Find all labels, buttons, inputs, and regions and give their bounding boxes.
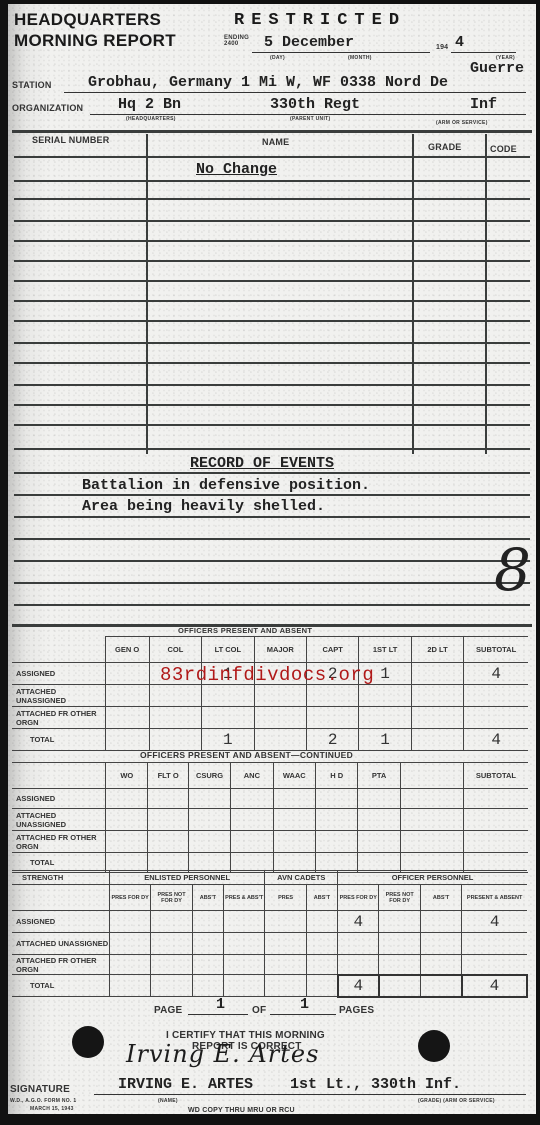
cell (192, 911, 223, 933)
table-row: ATTACHED UNASSIGNED (12, 933, 527, 955)
group-officer-personnel: OFFICER PERSONNEL (338, 871, 527, 885)
col-lt-col: LT COL (202, 637, 254, 663)
row-label: TOTAL (12, 729, 105, 751)
cell (306, 975, 337, 997)
strength-table: STRENGTH ENLISTED PERSONNEL AVN CADETS O… (12, 870, 528, 998)
ending-label: ENDING 2400 (224, 35, 250, 47)
col-header: PRES FOR DY (338, 885, 379, 911)
cell (151, 975, 192, 997)
cell (411, 729, 463, 751)
cell: 2 (306, 729, 358, 751)
roster-divider (412, 134, 414, 454)
strength-title: STRENGTH (12, 871, 109, 885)
organization-label: ORGANIZATION (12, 103, 83, 113)
date-value: 5 December (264, 34, 354, 51)
rule (14, 198, 530, 200)
org-headquarters: Hq 2 Bn (118, 96, 181, 113)
cell (379, 911, 420, 933)
rule (14, 320, 530, 322)
cell: 4 (464, 729, 528, 751)
rule (14, 362, 530, 364)
row-label: ATTACHED UNASSIGNED (12, 685, 105, 707)
col-gen-o: GEN O (105, 637, 149, 663)
col-name: NAME (262, 137, 289, 147)
row-label: ATTACHED FR OTHER ORGN (12, 955, 109, 975)
form-title-line2: MORNING REPORT (14, 31, 176, 50)
year-value: 4 (455, 34, 464, 51)
rule (14, 538, 530, 540)
organization-field: Hq 2 Bn 330th Regt Inf (90, 96, 526, 115)
name-caption: (NAME) (158, 1098, 178, 1104)
record-of-events-heading: RECORD OF EVENTS (190, 455, 334, 472)
watermark: 83rdinfdivdocs.org (160, 664, 374, 686)
col-header: PRES NOT FOR DY (379, 885, 420, 911)
rule (14, 404, 530, 406)
row-label: ASSIGNED (12, 911, 109, 933)
cell: 4 (464, 663, 528, 685)
margin-mark: 8 (494, 540, 531, 600)
rule (14, 240, 530, 242)
signature-line: IRVING E. ARTES 1st Lt., 330th Inf. (94, 1074, 526, 1095)
col-grade: GRADE (428, 142, 462, 152)
col-subtotal: SUBTOTAL (464, 637, 528, 663)
col-header: PRES (265, 885, 306, 911)
rule (14, 472, 530, 474)
cell (254, 729, 306, 751)
cell (109, 911, 150, 933)
page-count: 1 (300, 996, 309, 1013)
morning-report-form: HEADQUARTERS MORNING REPORT RESTRICTED E… (8, 4, 536, 1114)
pages-label: PAGES (339, 1005, 374, 1016)
cell: 4 (338, 975, 379, 997)
punch-hole-left (72, 1026, 104, 1058)
col-blank (400, 763, 463, 789)
signer-grade: 1st Lt., 330th Inf. (290, 1076, 461, 1093)
row-label: ASSIGNED (12, 789, 106, 809)
roster-divider (146, 134, 148, 454)
punch-hole-right (418, 1030, 450, 1062)
roster-divider (485, 134, 487, 454)
col-header: PRES & ABS'T (224, 885, 265, 911)
officers-continued-table: WO FLT O CSURG ANC WAAC H D PTA SUBTOTAL… (12, 762, 528, 873)
cell: 4 (462, 911, 527, 933)
cell: 1 (202, 729, 254, 751)
rule (14, 156, 530, 158)
cell (105, 729, 149, 751)
rule (14, 494, 530, 496)
col-csurg: CSURG (188, 763, 230, 789)
parent-unit-caption: (PARENT UNIT) (290, 116, 330, 122)
officers-table: GEN O COL LT COL MAJOR CAPT 1ST LT 2D LT… (12, 636, 528, 751)
date-field: 5 December (252, 34, 430, 53)
year-field: 4 (451, 34, 516, 53)
routing-note: WD COPY THRU MRU OR RCU (188, 1107, 295, 1114)
event-line-2: Area being heavily shelled. (82, 498, 325, 515)
cell (105, 663, 149, 685)
rule (14, 342, 530, 344)
officers-table-title: OFFICERS PRESENT AND ABSENT (178, 626, 312, 635)
page-label: PAGE (154, 1005, 182, 1016)
col-code: CODE (490, 144, 517, 154)
table-row: ATTACHED FR OTHER ORGN (12, 831, 528, 853)
col-header: PRESENT & ABSENT (462, 885, 527, 911)
divider (12, 130, 532, 133)
rule (14, 260, 530, 262)
org-arm: Inf (470, 96, 497, 113)
rule (14, 280, 530, 282)
grade-caption: (GRADE) (ARM OR SERVICE) (418, 1098, 495, 1104)
officers-continued-title: OFFICERS PRESENT AND ABSENT—CONTINUED (140, 750, 353, 760)
cell (265, 975, 306, 997)
row-label: ATTACHED FR OTHER ORGN (12, 831, 106, 853)
rule (14, 560, 530, 562)
page-count-field: 1 (270, 998, 336, 1015)
col-header: ABS'T (192, 885, 223, 911)
col-major: MAJOR (254, 637, 306, 663)
rule (14, 384, 530, 386)
col-subtotal: SUBTOTAL (463, 763, 528, 789)
table-row: ATTACHED UNASSIGNED (12, 809, 528, 831)
cell (411, 663, 463, 685)
form-title-line1: HEADQUARTERS (14, 10, 161, 29)
month-caption: (MONTH) (348, 55, 372, 61)
cell (420, 911, 461, 933)
signer-name: IRVING E. ARTES (118, 1076, 253, 1093)
table-row: TOTAL 1 2 1 4 (12, 729, 528, 751)
col-col: COL (149, 637, 201, 663)
row-label: ATTACHED UNASSIGNED (12, 809, 106, 831)
col-header: ABS'T (420, 885, 461, 911)
of-label: OF (252, 1005, 266, 1016)
year-prefix: 194 (436, 44, 448, 51)
table-row: ASSIGNED 4 4 (12, 911, 527, 933)
page-number-field: 1 (188, 998, 248, 1015)
col-capt: CAPT (306, 637, 358, 663)
cell (224, 975, 265, 997)
arm-caption: (ARM OR SERVICE) (436, 120, 488, 126)
col-hd: H D (315, 763, 357, 789)
form-number: W.D., A.G.O. FORM NO. 1 (10, 1098, 76, 1104)
col-2d-lt: 2D LT (411, 637, 463, 663)
col-1st-lt: 1ST LT (359, 637, 411, 663)
col-pta: PTA (358, 763, 400, 789)
signature-label: SIGNATURE (10, 1084, 70, 1095)
form-date: MARCH 15, 1943 (30, 1106, 74, 1112)
headquarters-caption: (HEADQUARTERS) (126, 116, 176, 122)
org-parent-unit: 330th Regt (270, 96, 360, 113)
cell (224, 911, 265, 933)
cell (192, 975, 223, 997)
event-line-1: Battalion in defensive position. (82, 477, 370, 494)
col-anc: ANC (231, 763, 273, 789)
cell (420, 975, 461, 997)
station-value: Grobhau, Germany 1 Mi W, WF 0338 Nord De (88, 74, 448, 91)
cell (109, 975, 150, 997)
group-avn-cadets: AVN CADETS (265, 871, 338, 885)
col-wo: WO (106, 763, 148, 789)
cell (151, 911, 192, 933)
cell: 1 (359, 729, 411, 751)
cell (265, 911, 306, 933)
col-serial-number: SERIAL NUMBER (32, 135, 109, 145)
col-header: PRES NOT FOR DY (151, 885, 192, 911)
table-row: ASSIGNED (12, 789, 528, 809)
cell: 4 (338, 911, 379, 933)
cell: 4 (462, 975, 527, 997)
table-row: ATTACHED FR OTHER ORGN (12, 955, 527, 975)
row-label: ATTACHED UNASSIGNED (12, 933, 109, 955)
col-header: ABS'T (306, 885, 337, 911)
handwritten-signature: Irving E. Artes (126, 1040, 319, 1068)
cell (149, 729, 201, 751)
rule (14, 516, 530, 518)
cell (306, 911, 337, 933)
col-header: PRES FOR DY (109, 885, 150, 911)
rule (14, 220, 530, 222)
rule (14, 180, 530, 182)
rule (14, 300, 530, 302)
row-label: TOTAL (12, 975, 109, 997)
row-label: ASSIGNED (12, 663, 105, 685)
classification-stamp: RESTRICTED (234, 11, 406, 30)
page-number: 1 (216, 996, 225, 1013)
table-row: TOTAL 4 4 (12, 975, 527, 997)
table-row: ATTACHED FR OTHER ORGN (12, 707, 528, 729)
rule (14, 448, 530, 450)
col-flt-o: FLT O (148, 763, 188, 789)
col-waac: WAAC (273, 763, 315, 789)
station-label: STATION (12, 80, 52, 90)
day-caption: (DAY) (270, 55, 285, 61)
row-label: ATTACHED FR OTHER ORGN (12, 707, 105, 729)
group-enlisted: ENLISTED PERSONNEL (109, 871, 264, 885)
table-row: ATTACHED UNASSIGNED (12, 685, 528, 707)
cell (379, 975, 420, 997)
rule (14, 582, 530, 584)
station-field: Grobhau, Germany 1 Mi W, WF 0338 Nord De (64, 72, 526, 93)
roster-entry-name: No Change (196, 161, 277, 178)
rule (14, 604, 530, 606)
rule (14, 424, 530, 426)
